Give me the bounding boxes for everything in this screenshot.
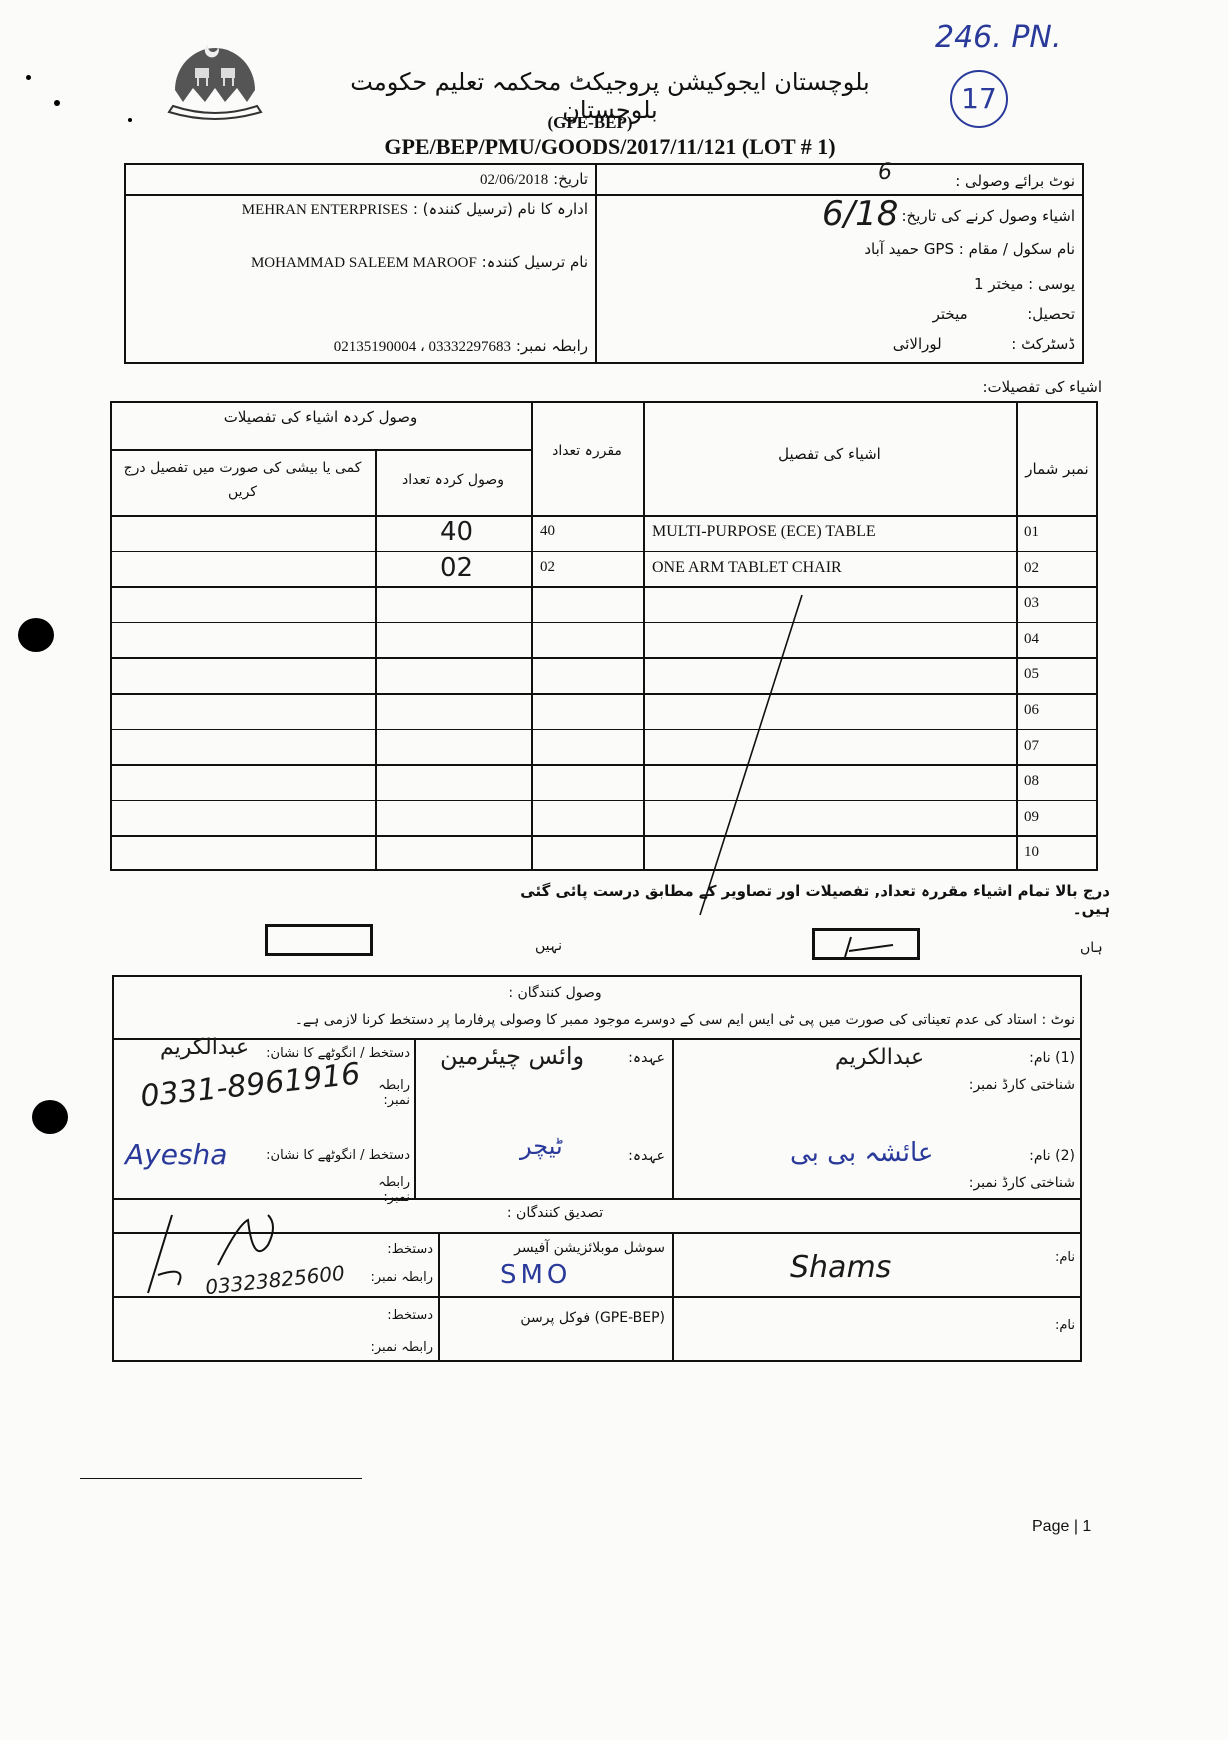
cell-serial: 08 xyxy=(1024,773,1039,790)
page-number: Page | 1 xyxy=(1032,1518,1091,1536)
sender-label: نام ترسیل کنندہ: xyxy=(482,253,588,271)
verifier1-name-signature: Shams xyxy=(790,1250,891,1285)
divider xyxy=(124,194,1084,196)
tehsil-value: میختر xyxy=(933,305,968,323)
cell-serial: 02 xyxy=(1024,560,1039,577)
cell-serial: 07 xyxy=(1024,738,1039,755)
punch-hole xyxy=(18,618,54,652)
project-acronym: (GPE-BEP) xyxy=(490,113,690,133)
signatures-table xyxy=(112,975,1082,1362)
supplier-date: 02/06/2018 تاریخ: xyxy=(320,170,588,189)
uc-field: یوسی : میختر 1 xyxy=(700,275,1075,293)
punch-hole xyxy=(32,1100,68,1134)
district-label: ڈسٹرکٹ : xyxy=(1011,335,1075,353)
header-fixed-qty: مقررہ تعداد xyxy=(531,443,643,459)
uc-label: یوسی : xyxy=(1028,275,1075,293)
logo xyxy=(165,30,265,130)
verifier1-name-label: نام: xyxy=(1030,1250,1075,1265)
header-item-detail: اشیاء کی تفصیل xyxy=(643,445,1016,463)
receiver2-contact-label: رابطہ نمبر: xyxy=(350,1175,410,1205)
supplier-contact: 02135190004 ، 03332297683 رابطہ نمبر: xyxy=(130,337,588,356)
row-divider xyxy=(110,764,1098,766)
divider xyxy=(110,449,531,451)
verifier1-signature-scribble xyxy=(128,1205,288,1295)
cell-fixed-qty: 40 xyxy=(540,523,555,540)
verifier2-contact-label: رابطہ نمبر: xyxy=(365,1340,433,1355)
date-value: 02/06/2018 xyxy=(480,172,548,188)
cell-received-qty: 02 xyxy=(440,553,473,583)
reference-number: GPE/BEP/PMU/GOODS/2017/11/121 (LOT # 1) xyxy=(290,134,930,160)
row-divider xyxy=(110,586,1098,588)
cell-serial: 05 xyxy=(1024,666,1039,683)
circled-page-number: 17 xyxy=(950,70,1008,128)
district-field: ڈسٹرکٹ : لورالائی xyxy=(700,335,1075,353)
supplier-org: MEHRAN ENTERPRISES ادارہ کا نام (ترسیل ک… xyxy=(130,200,588,219)
verifiers-title: تصدیق کنندگان : xyxy=(480,1205,630,1221)
receiver1-name-signature: عبدالکریم xyxy=(835,1045,924,1070)
verifier1-signature-label: دستخط: xyxy=(365,1242,433,1257)
cell-serial: 06 xyxy=(1024,702,1039,719)
tehsil-field: تحصیل: میختر xyxy=(700,305,1075,323)
speck xyxy=(54,100,60,106)
verifier1-contact-label: رابطہ نمبر: xyxy=(365,1270,433,1285)
receivers-title: وصول کنندگان : xyxy=(480,985,630,1001)
verifier1-designation: سوشل موبلائزیشن آفیسر xyxy=(450,1240,665,1256)
receiver1-designation: وائس چیئرمین xyxy=(440,1042,584,1070)
verifier2-signature-label: دستخط: xyxy=(365,1308,433,1323)
header-shortage-detail: کمی یا بیشی کی صورت میں تفصیل درج کریں xyxy=(118,456,367,504)
divider xyxy=(110,515,1098,517)
speck xyxy=(26,75,31,80)
cell-fixed-qty: 02 xyxy=(540,559,555,576)
cell-serial: 03 xyxy=(1024,595,1039,612)
cell-serial: 04 xyxy=(1024,631,1039,648)
header-received-qty: وصول کردہ تعداد xyxy=(375,472,531,488)
receiver1-name-label: (1) نام: xyxy=(980,1050,1075,1066)
school-field: نام سکول / مقام : GPS حمید آباد xyxy=(700,240,1075,258)
verifier1-designation-handwritten: SMO xyxy=(500,1260,571,1290)
header-serial: نمبر شمار xyxy=(1016,460,1098,478)
no-label: نہیں xyxy=(535,938,562,954)
balochistan-emblem-icon xyxy=(165,30,265,130)
school-label: نام سکول / مقام : xyxy=(959,240,1075,258)
row-divider xyxy=(110,729,1098,731)
row-divider xyxy=(110,551,1098,553)
org-value: MEHRAN ENTERPRISES xyxy=(242,202,408,218)
receiver1-signature: عبدالکریم xyxy=(160,1035,249,1060)
receiver1-cnic-label: شناختی کارڈ نمبر: xyxy=(960,1077,1075,1093)
header-received-group: وصول کردہ اشیاء کی تفصیلات xyxy=(110,408,531,426)
cell-received-qty: 40 xyxy=(440,517,473,547)
cell-item: MULTI-PURPOSE (ECE) TABLE xyxy=(652,523,876,541)
contact-label: رابطہ نمبر: xyxy=(516,337,588,355)
receiver2-name-signature: عائشہ بی بی xyxy=(790,1138,933,1168)
divider xyxy=(112,1198,1082,1200)
cancel-stroke xyxy=(680,585,880,925)
sender-value: MOHAMMAD SALEEM MAROOF xyxy=(251,255,477,271)
org-label: ادارہ کا نام (ترسیل کنندہ) : xyxy=(413,200,588,218)
items-section-label: اشیاء کی تفصیلات: xyxy=(880,378,1102,396)
row-divider xyxy=(110,622,1098,624)
supplier-sender: MOHAMMAD SALEEM MAROOF نام ترسیل کنندہ: xyxy=(130,253,588,272)
receiver2-designation-label: عہدہ: xyxy=(620,1148,665,1164)
receive-date-handwritten: 6/18 xyxy=(822,194,898,234)
no-checkbox[interactable] xyxy=(265,924,373,956)
divider xyxy=(112,1038,1082,1040)
speck xyxy=(128,118,132,122)
contact-value: 02135190004 ، 03332297683 xyxy=(334,339,511,355)
receiver2-name-label: (2) نام: xyxy=(980,1148,1075,1164)
row-divider xyxy=(110,693,1098,695)
receiver2-designation: ٹیچر xyxy=(520,1132,563,1160)
uc-value: میختر 1 xyxy=(974,275,1023,293)
cell-serial: 10 xyxy=(1024,844,1039,861)
receiver2-cnic-label: شناختی کارڈ نمبر: xyxy=(960,1175,1075,1191)
divider xyxy=(414,1038,416,1198)
cell-item: ONE ARM TABLET CHAIR xyxy=(652,559,842,577)
tehsil-label: تحصیل: xyxy=(1027,305,1075,323)
row-divider xyxy=(110,835,1098,837)
yes-checkbox[interactable] xyxy=(812,928,920,960)
divider xyxy=(375,449,377,871)
receiver1-designation-label: عہدہ: xyxy=(620,1050,665,1066)
divider xyxy=(672,1038,674,1198)
footnote-separator xyxy=(80,1478,362,1479)
verifier2-name-label: نام: xyxy=(1030,1318,1075,1333)
handwritten-annotation: 246. PN. xyxy=(935,20,1061,55)
date-label: تاریخ: xyxy=(553,170,588,188)
divider xyxy=(112,1296,1082,1298)
row-divider xyxy=(110,800,1098,802)
cell-serial: 01 xyxy=(1024,524,1039,541)
receivers-note: نوٹ : استاد کی عدم تعیناتی کی صورت میں پ… xyxy=(250,1012,1075,1028)
row-divider xyxy=(110,657,1098,659)
cell-serial: 09 xyxy=(1024,809,1039,826)
receiver2-signature-label: دستخط / انگوٹھے کا نشان: xyxy=(255,1148,410,1163)
receiver2-signature: Ayesha xyxy=(125,1138,227,1171)
yes-label: ہاں xyxy=(1080,940,1103,956)
check-mark-icon xyxy=(815,931,917,957)
receipt-day-handwritten: 6 xyxy=(878,160,892,185)
confirmation-statement: درج بالا تمام اشیاء مقررہ تعداد, تفصیلات… xyxy=(500,882,1110,918)
district-value: لورالائی xyxy=(893,335,942,353)
school-value: GPS حمید آباد xyxy=(864,240,954,258)
verifier2-designation: فوکل پرسن (GPE-BEP) xyxy=(450,1310,665,1326)
